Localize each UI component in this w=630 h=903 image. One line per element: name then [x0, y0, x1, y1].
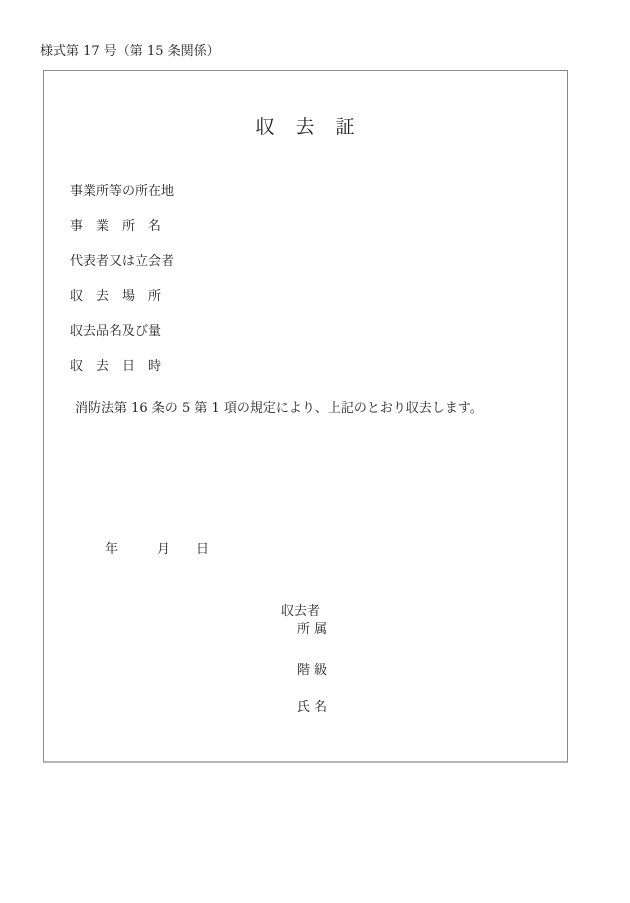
form-number-label: 様式第 17 号（第 15 条関係） [40, 45, 220, 58]
field-label-representative-or-witness: 代表者又は立会者 [70, 242, 547, 277]
certificate-border-box: 収 去 証 事業所等の所在地 事 業 所 名 代表者又は立会者 収 去 場 所 … [43, 70, 568, 763]
field-label-business-name: 事 業 所 名 [70, 207, 547, 242]
signer-heading: 収去者 [281, 605, 320, 618]
signer-row-name: 氏 名 [297, 701, 327, 714]
statement-text: 消防法第 16 条の 5 第 1 項の規定により、上記のとおり収去します。 [75, 399, 483, 419]
field-label-collection-place: 収 去 場 所 [70, 277, 547, 312]
document-sheet: 様式第 17 号（第 15 条関係） 収 去 証 事業所等の所在地 事 業 所 … [0, 0, 630, 903]
page: { "page": { "form_number_label": "様式第 17… [0, 0, 630, 903]
date-line: 年 月 日 [105, 543, 209, 556]
field-label-list: 事業所等の所在地 事 業 所 名 代表者又は立会者 収 去 場 所 収去品名及び… [70, 172, 547, 382]
document-title: 収 去 証 [44, 118, 567, 137]
field-label-collection-datetime: 収 去 日 時 [70, 347, 547, 382]
signer-row-affiliation: 所 属 [297, 623, 327, 636]
field-label-business-address: 事業所等の所在地 [70, 172, 547, 207]
field-label-collected-item-and-quantity: 収去品名及び量 [70, 312, 547, 347]
signer-row-rank: 階 級 [297, 664, 327, 677]
